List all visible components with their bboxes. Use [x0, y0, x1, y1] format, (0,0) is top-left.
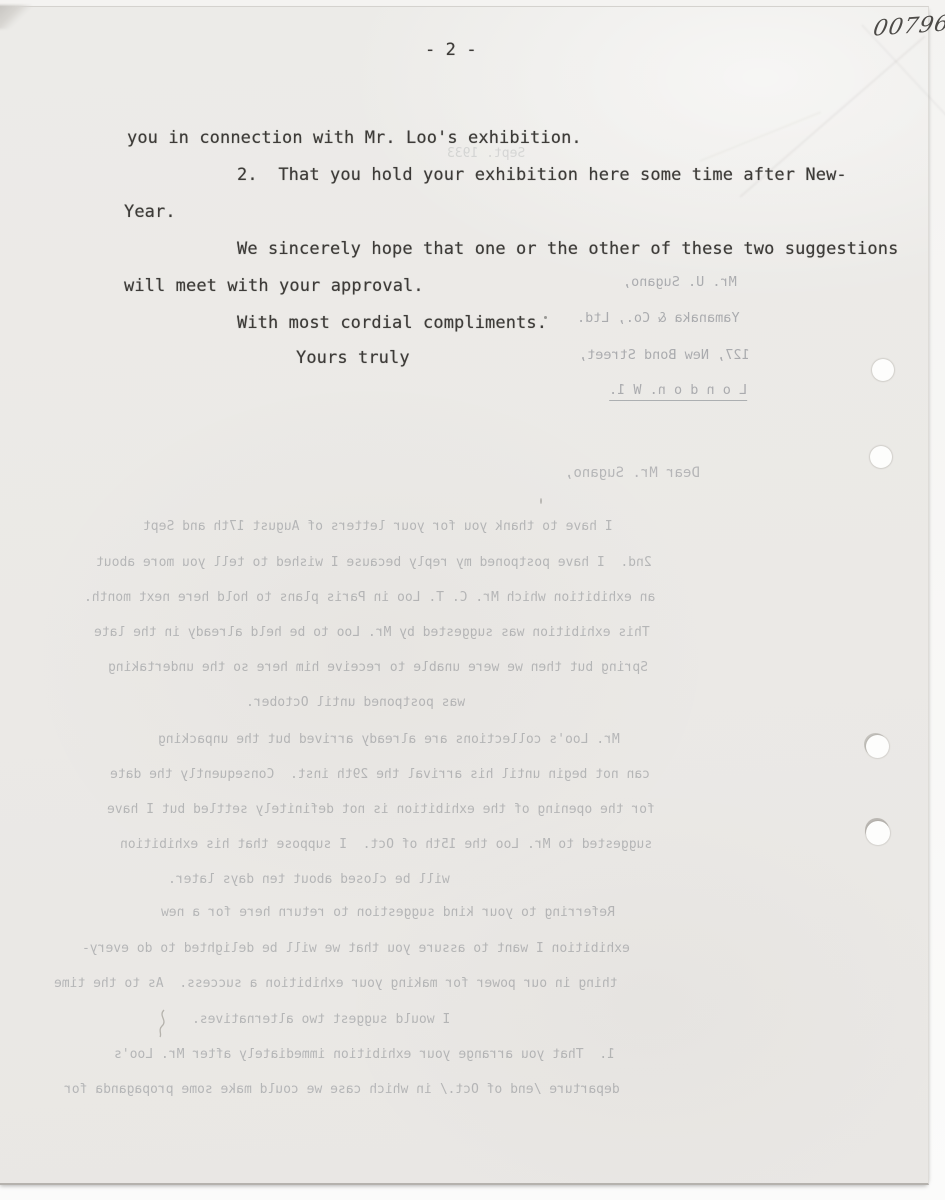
archive-number-handwritten: 00796: [871, 11, 945, 41]
ghost-date-line: Sept. 1933: [447, 146, 525, 161]
ghost-body-line: thing in our power for making your exhib…: [54, 976, 618, 991]
ghost-body-line: suggested to Mr. Loo the 15th of Oct. I …: [120, 837, 652, 852]
ghost-body-line: can not begin until his arrival the 29th…: [110, 767, 650, 782]
ghost-body-line: departure /end of Oct./ in which case we…: [64, 1082, 620, 1097]
ghost-body-line: for the opening of the exhibition is not…: [107, 802, 655, 817]
typed-line: will meet with your approval.: [124, 277, 424, 296]
ghost-body-line: I would suggest two alternatives.: [192, 1012, 450, 1027]
typed-line: 2. That you hold your exhibition here so…: [237, 166, 847, 185]
typed-line: you in connection with Mr. Loo's exhibit…: [127, 129, 582, 148]
page-number: - 2 -: [425, 41, 477, 60]
ghost-body-line: will be closed about ten days later.: [168, 872, 450, 887]
ghost-body-line: This exhibition was suggested by Mr. Loo…: [94, 625, 650, 640]
ghost-body-line: Spring but then we were unable to receiv…: [108, 660, 648, 675]
ghost-body-line: Referring to your kind suggestion to ret…: [161, 905, 615, 920]
ghost-recipient-line: 127, New Bond Street,: [579, 348, 750, 363]
ghost-body-line: Mr. Loo's collections are already arrive…: [158, 732, 620, 747]
typed-line: With most cordial compliments.: [237, 314, 547, 333]
ghost-body-line: 1. That you arrange your exhibition imme…: [114, 1047, 615, 1062]
paper-corner-shadow: [0, 5, 32, 29]
ghost-body-line: I have to thank you for your letters of …: [143, 519, 613, 534]
ghost-recipient-line: Yamanaka & Co., Ltd.: [577, 311, 740, 326]
ghost-salutation: Dear Mr. Sugano,: [565, 466, 700, 481]
ink-speck: [540, 498, 542, 504]
punch-hole: [870, 446, 892, 468]
ghost-body-line: was postponed until October.: [246, 695, 465, 710]
ghost-body-line: exhibition I want to assure you that we …: [82, 941, 630, 956]
typed-line: We sincerely hope that one or the other …: [237, 240, 898, 259]
ghost-recipient-line: L o n d o n. W 1.: [609, 383, 747, 401]
scanned-letter-page: Sept. 1933 Mr. U. Sugano, Yamanaka & Co.…: [0, 0, 945, 1200]
ghost-recipient-line: Mr. U. Sugano,: [623, 275, 737, 290]
pencil-squiggle-mark: [156, 1008, 170, 1038]
ghost-body-line: 2nd. I have postponed my reply because I…: [96, 555, 652, 570]
ink-speck: [544, 316, 547, 319]
typed-line: Yours truly: [296, 349, 410, 368]
typed-line: Year.: [124, 203, 176, 222]
ghost-body-line: an exhibition which Mr. C. T. Loo in Par…: [84, 590, 655, 605]
punch-hole: [866, 735, 889, 758]
punch-hole: [872, 359, 894, 381]
punch-hole: [866, 821, 890, 845]
